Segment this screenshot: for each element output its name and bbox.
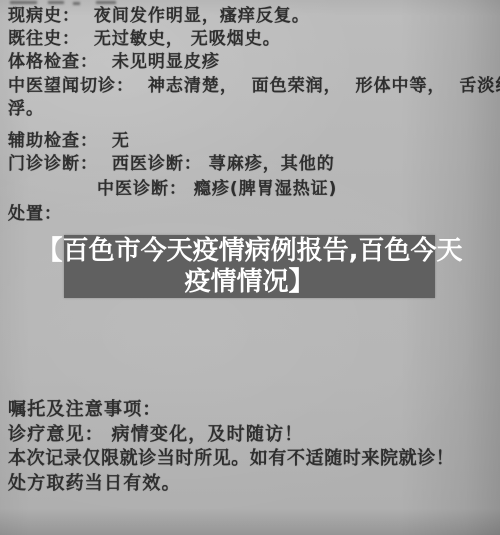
line-record-disclaimer: 本次记录仅限就诊当时所见。如有不适随时来院就诊！ xyxy=(8,449,454,469)
document-photo: 现病史： 夜间发作明显，瘙痒反复。 既往史： 无过敏史， 无吸烟史。 体格检查：… xyxy=(0,0,500,535)
line-instructions-header: 嘱托及注意事项： xyxy=(8,400,162,420)
line-tcm-observation: 中医望闻切诊： 神志清楚， 面色荣润， 形体中等， 舌淡红， xyxy=(8,76,500,96)
cropped-text-remnant xyxy=(48,1,64,4)
cropped-text-remnant xyxy=(10,1,37,4)
line-tcm-diagnosis: 中医诊断： 瘾疹(脾胃湿热证) xyxy=(97,179,337,199)
line-past-history: 既往史： 无过敏史， 无吸烟史。 xyxy=(8,29,281,49)
line-physical-exam: 体格检查： 未见明显皮疹 xyxy=(8,52,220,72)
line-prescription-validity: 处方取药当日有效。 xyxy=(8,474,181,494)
line-auxiliary-exam: 辅助检查： 无 xyxy=(8,131,130,151)
line-treatment-advice: 诊疗意见： 病情变化，及时随访！ xyxy=(8,425,303,445)
line-tcm-observation-cont: 浮。 xyxy=(8,99,44,119)
cropped-text-remnant xyxy=(73,2,80,5)
line-present-illness: 现病史： 夜间发作明显，瘙痒反复。 xyxy=(8,6,310,26)
caption-banner: 【百色市今天疫情病例报告,百色今天 疫情情况】 xyxy=(64,235,435,298)
line-western-diagnosis: 门诊诊断： 西医诊断： 荨麻疹，其他的 xyxy=(8,154,335,174)
cropped-text-remnant xyxy=(96,1,116,4)
caption-line-1: 【百色市今天疫情病例报告,百色今天 xyxy=(37,236,463,267)
line-disposal: 处置： xyxy=(8,204,62,224)
caption-line-2: 疫情情况】 xyxy=(184,267,314,298)
